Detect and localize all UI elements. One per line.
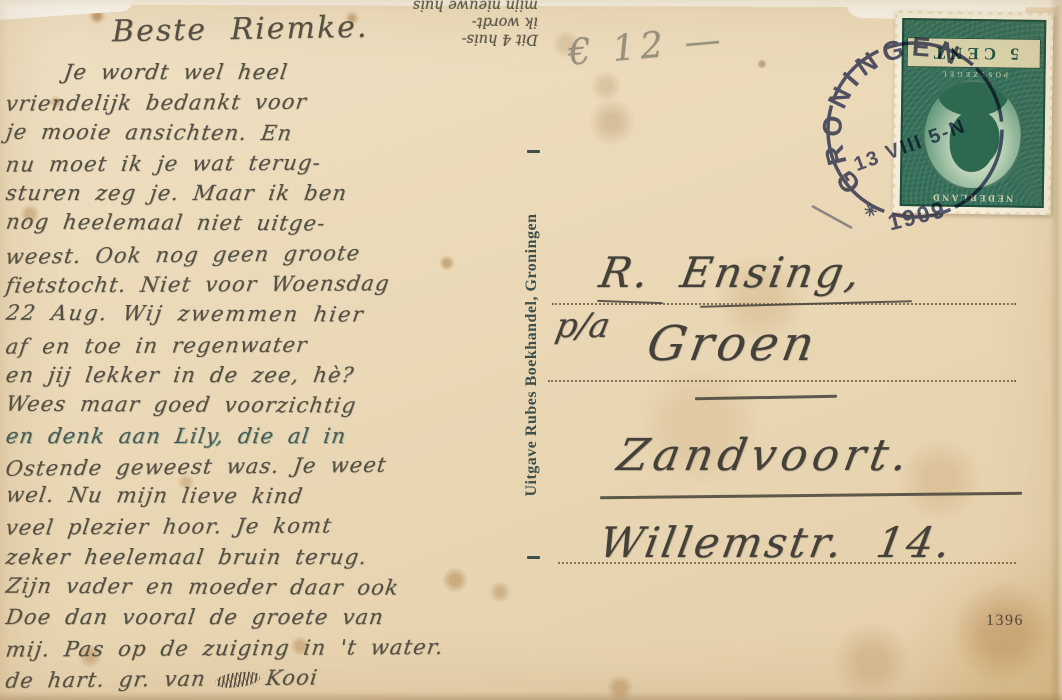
message-line: Doe dan vooral de groete van: [4, 602, 524, 632]
message-line: vriendelijk bedankt voor: [4, 86, 525, 119]
signature: Kooi: [265, 665, 320, 690]
closing-words: de hart. gr. van: [4, 667, 207, 693]
message-line: Ostende geweest was. Je weet: [4, 448, 525, 484]
message-line: en denk aan Lily, die al in: [4, 421, 524, 451]
address-city: Zandvoort.: [614, 430, 917, 481]
message-line: mij. Pas op de zuiging in 't water.: [4, 631, 525, 664]
message-line: weest. Ook nog geen groote: [4, 236, 525, 272]
hand-underline: [695, 395, 837, 400]
postmark-date: 13 VIII 5-N: [851, 115, 969, 176]
message-line: zeker heelemaal bruin terug.: [4, 542, 524, 572]
svg-text:GRONINGEN: GRONINGEN: [817, 32, 969, 199]
message-line: af en toe in regenwater: [4, 328, 525, 361]
address-dotted-line: [548, 380, 1016, 382]
postmark-stray-line: [812, 206, 852, 228]
divider-dash-top: [527, 150, 540, 153]
message-line: en jij lekker in de zee, hè?: [4, 360, 524, 390]
postmark-year-mark: 1909: [885, 196, 949, 236]
greeting: Beste Riemke.: [112, 10, 369, 49]
message-line: Zijn vader en moeder daar ook: [4, 571, 524, 604]
pencil-price-note: € 12 —: [567, 19, 728, 74]
postmark-city-text: GRONINGEN: [817, 32, 969, 199]
message-line: sturen zeg je. Maar ik ben: [4, 178, 524, 208]
hand-underline: [600, 492, 1022, 499]
address-street: Willemstr. 14.: [596, 518, 957, 567]
message-line: wel. Nu mijn lieve kind: [4, 480, 524, 513]
postmark-star: ✳: [862, 202, 879, 221]
crossed-out-ink-scribble: [215, 670, 260, 690]
divider-dash-bottom: [527, 556, 540, 559]
recipient-name: R. Ensing,: [596, 248, 867, 297]
message-line: Wees maar goed voorzichtig: [4, 389, 524, 422]
care-of-abbrev: p/a: [552, 306, 613, 346]
handwritten-message: Je wordt wel heel vriendelijk bedankt vo…: [6, 57, 522, 693]
card-number: 1396: [986, 612, 1024, 630]
care-of-name: Groen: [643, 316, 822, 372]
postmark-groningen: GRONINGEN 13 VIII 5-N ✳ 1909: [800, 20, 1030, 250]
postcard-scan: Dit 4 huis- ik wordt- mijn nieuwe huis €…: [0, 0, 1062, 700]
message-line: nog heelemaal niet uitge-: [4, 207, 524, 240]
message-line signature-line: de hart. gr. vanKooi: [4, 660, 525, 696]
message-line: nu moet ik je wat terug-: [4, 146, 525, 179]
postcard-back: Dit 4 huis- ik wordt- mijn nieuwe huis €…: [0, 0, 1062, 700]
message-line: Je wordt wel heel: [4, 57, 524, 87]
message-line: je mooie ansichten. En: [4, 116, 524, 149]
publisher-imprint: Uitgave Rubes Boekhandel, Groningen: [523, 160, 543, 550]
message-line: veel plezier hoor. Je komt: [4, 510, 525, 543]
message-line: 22 Aug. Wij zwemmen hier: [4, 298, 524, 331]
message-line: fietstocht. Niet voor Woensdag: [4, 268, 525, 301]
